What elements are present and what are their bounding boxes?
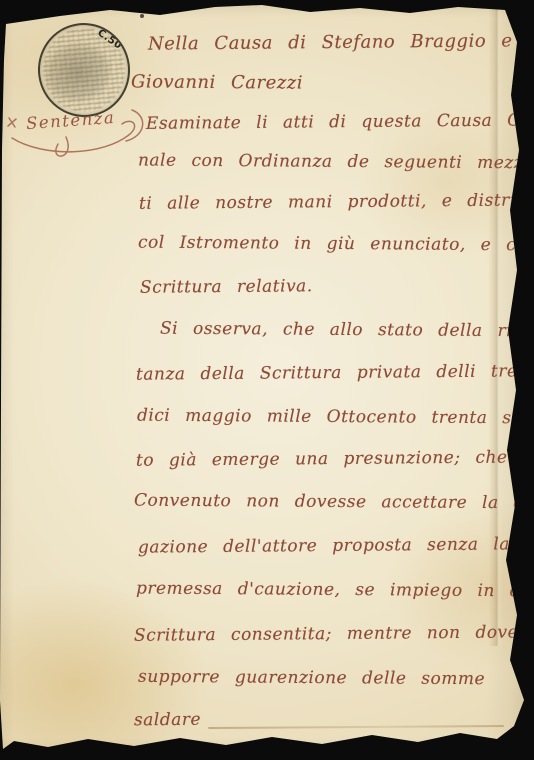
manuscript-line-14: premessa d'cauzione, se impiego in detta [136,579,534,602]
margin-annotation: Sentenza [4,104,154,164]
manuscript-line-1: Nella Causa di Stefano Braggio e [148,30,513,54]
pencil-line [208,725,504,729]
manuscript-line-3: Esaminate li atti di questa Causa Crimi- [146,110,534,134]
scanned-manuscript: C.50 Sentenza Nella Causa di Stefano Bra… [0,0,534,760]
manuscript-line-2: Giovanni Carezzi [131,71,303,93]
ink-dot [140,14,144,18]
manuscript-line-7: Scrittura relativa. [140,276,313,298]
manuscript-line-5: ti alle nostre mani prodotti, e distribu… [139,190,534,214]
manuscript-line-8: Si osserva, che allo stato della risul- [160,319,534,342]
manuscript-line-9: tanza della Scrittura privata delli tre- [136,361,524,384]
manuscript-line-16: supporre guarenzione delle somme [138,667,485,689]
manuscript-line-4: nale con Ordinanza de seguenti mezzi sta… [138,150,534,173]
manuscript-line-6: col Istromento in giù enunciato, e colla [138,233,534,256]
manuscript-line-11: to già emerge una presunzione; che il [136,447,534,470]
manuscript-line-13: gazione dell'attore proposta senza la [138,534,510,557]
manuscript-line-17: saldare [134,710,201,731]
manuscript-line-10: dici maggio mille Ottocento trenta ses- [137,406,534,429]
manuscript-line-12: Convenuto non dovesse accettare la dele- [134,491,534,514]
manuscript-line-15: Scrittura consentita; mentre non dovessi [134,622,534,646]
manuscript-paper: C.50 Sentenza Nella Causa di Stefano Bra… [0,0,534,760]
